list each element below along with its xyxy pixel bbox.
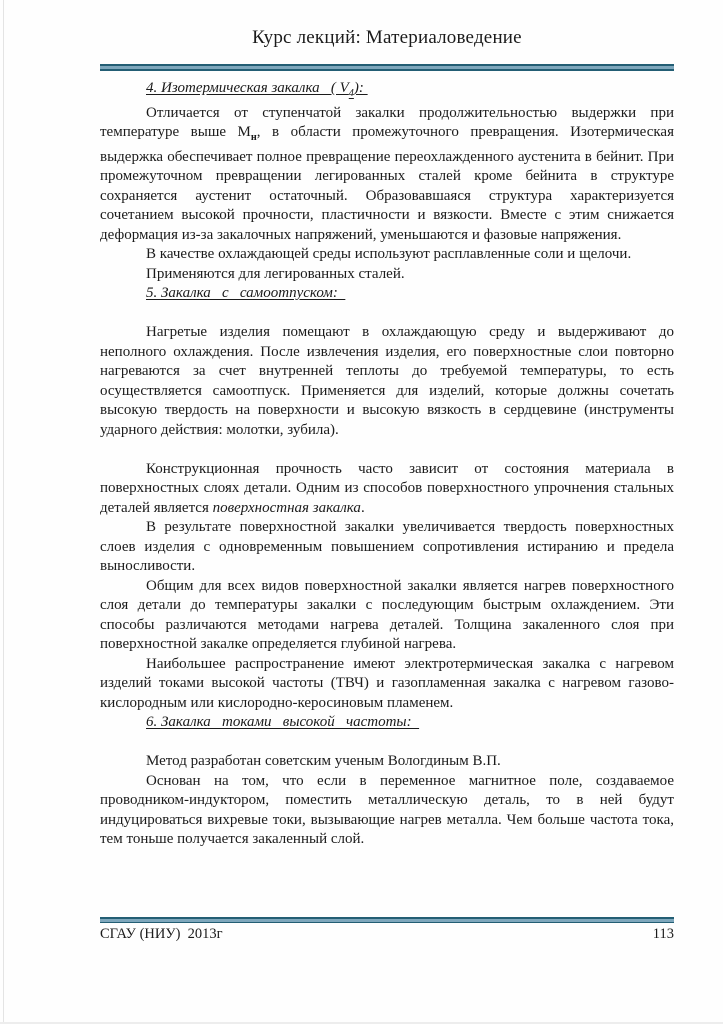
paragraph: Метод разработан советским ученым Вологд… <box>100 752 674 772</box>
paragraph: Основан на том, что если в переменное ма… <box>100 772 674 850</box>
page-title: Курс лекций: Материаловедение <box>100 26 674 50</box>
page-number: 113 <box>653 925 674 944</box>
blank-line <box>100 440 674 460</box>
paragraph: В результате поверхностной закалки увели… <box>100 518 674 577</box>
page-edge-left <box>3 0 4 1024</box>
blank-line <box>100 733 674 753</box>
blank-line <box>100 304 674 324</box>
document-page: Курс лекций: Материаловедение 4. Изотерм… <box>0 0 723 1024</box>
paragraph: Общим для всех видов поверхностной закал… <box>100 577 674 655</box>
section-heading: 6. Закалка токами высокой частоты: <box>100 713 674 733</box>
section-heading: 4. Изотермическая закалка ( V4): <box>100 79 674 104</box>
page-footer: СГАУ (НИУ) 2013г 113 <box>100 925 674 944</box>
paragraph: Наибольшее распространение имеют электро… <box>100 655 674 714</box>
paragraph: Нагретые изделия помещают в охлаждающую … <box>100 323 674 440</box>
section-heading: 5. Закалка с самоотпуском: <box>100 284 674 304</box>
paragraph: Конструкционная прочность часто зависит … <box>100 460 674 519</box>
paragraph: Отличается от ступенчатой закалки продол… <box>100 104 674 246</box>
footer-institution: СГАУ (НИУ) 2013г <box>100 925 223 944</box>
document-body: 4. Изотермическая закалка ( V4): Отличае… <box>100 79 674 850</box>
footer-rule <box>100 917 674 923</box>
paragraph: Применяются для легированных сталей. <box>100 265 674 285</box>
header-rule <box>100 64 674 71</box>
paragraph: В качестве охлаждающей среды используют … <box>100 245 674 265</box>
